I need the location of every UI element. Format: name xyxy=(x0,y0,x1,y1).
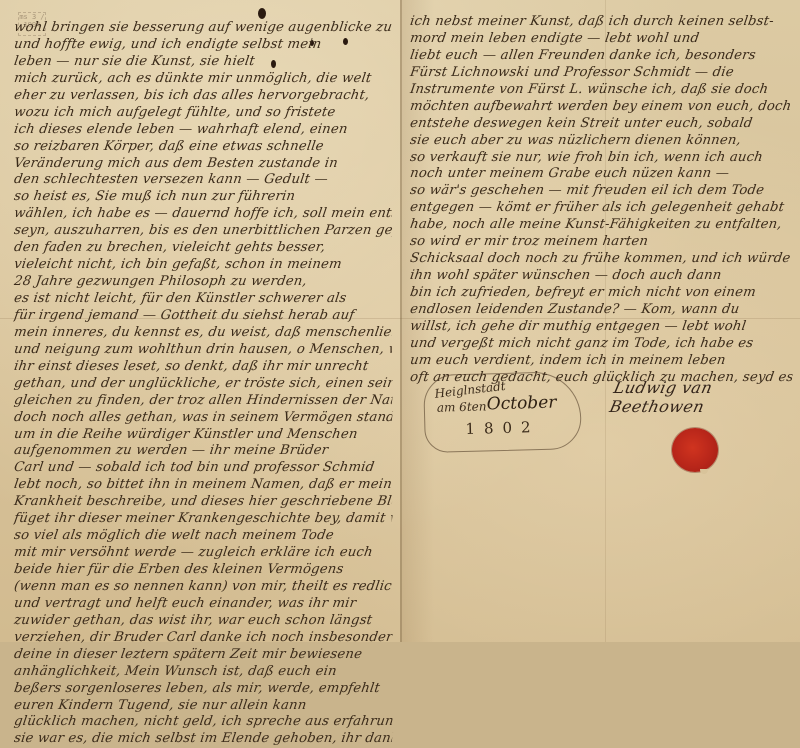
handwritten-line: für irgend jemand — Gottheit du siehst h… xyxy=(13,308,393,325)
handwritten-line: so reizbaren Körper, daß eine etwas schn… xyxy=(13,139,393,156)
handwritten-line: entstehe deswegen kein Streit unter euch… xyxy=(409,116,793,133)
vertical-crease xyxy=(605,0,606,642)
handwritten-line: aufgenommen zu werden — ihr meine Brüder xyxy=(13,443,393,460)
handwritten-line: den schlechtesten versezen kann — Gedult… xyxy=(13,172,393,189)
handwritten-line: Fürst Lichnowski und Professor Schmidt —… xyxy=(409,65,793,82)
handwritten-line: seyn, auszuharren, bis es den unerbittli… xyxy=(13,223,393,240)
handwritten-line: 28 Jahre gezwungen Philosoph zu werden, xyxy=(13,274,393,291)
handwritten-line: füget ihr dieser meiner Krankengeschicht… xyxy=(13,511,393,528)
dateline-year: 1802 xyxy=(465,418,540,438)
handwritten-line: Instrumente von Fürst L. wünsche ich, da… xyxy=(409,82,793,99)
handwritten-line: zuwider gethan, das wist ihr, war euch s… xyxy=(13,613,393,630)
handwritten-line: gleichen zu finden, der troz allen Hinde… xyxy=(13,393,393,410)
letter-sheet: ms 3 / 1994 wohl bringen sie besserung a… xyxy=(0,0,800,642)
left-page: ms 3 / 1994 wohl bringen sie besserung a… xyxy=(0,0,400,642)
right-page: ich nebst meiner Kunst, daß ich durch ke… xyxy=(402,0,800,642)
handwritten-line: so wär's geschehen — mit freuden eil ich… xyxy=(409,183,793,200)
handwritten-line: ich dieses elende leben — wahrhaft elend… xyxy=(13,122,393,139)
dateline-day: am 6ten xyxy=(437,399,487,414)
handwritten-line: gethan, und der unglückliche, er tröste … xyxy=(13,376,393,393)
right-page-text: ich nebst meiner Kunst, daß ich durch ke… xyxy=(410,14,792,387)
handwritten-line: wohl bringen sie besserung auf wenige au… xyxy=(13,20,393,37)
handwritten-line: wählen, ich habe es — dauernd hoffe ich,… xyxy=(13,206,393,223)
dateline-cartouche: Heiglnstadt am 6ten October 1802 xyxy=(423,371,582,453)
handwritten-line: endlosen leidenden Zustande? — Kom, wann… xyxy=(409,302,793,319)
handwritten-line: verziehen, dir Bruder Carl danke ich noc… xyxy=(13,630,393,642)
handwritten-line: so viel als möglich die welt nach meinem… xyxy=(13,528,393,545)
horizontal-crease xyxy=(0,318,800,319)
handwritten-line: lebt noch, so bittet ihn in meinem Namen… xyxy=(13,477,393,494)
handwritten-line: den faden zu brechen, vieleicht gehts be… xyxy=(13,240,393,257)
handwritten-line: um in die Reihe würdiger Künstler und Me… xyxy=(13,427,393,444)
handwritten-line: liebt euch — allen Freunden danke ich, b… xyxy=(409,48,793,65)
handwritten-line: willst, ich gehe dir muthig entgegen — l… xyxy=(409,319,793,336)
handwritten-line: (wenn man es so nennen kann) von mir, th… xyxy=(13,579,393,596)
handwritten-line: Veränderung mich aus dem Besten zustande… xyxy=(13,156,393,173)
handwritten-line: vieleicht nicht, ich bin gefaßt, schon i… xyxy=(13,257,393,274)
handwritten-line: doch noch alles gethan, was in seinem Ve… xyxy=(13,410,393,427)
handwritten-line: ihn wohl später wünschen — doch auch dan… xyxy=(409,268,793,285)
handwritten-line: und vertragt und helft euch einander, wa… xyxy=(13,596,393,613)
left-page-text: wohl bringen sie besserung auf wenige au… xyxy=(14,20,392,642)
handwritten-line: ich nebst meiner Kunst, daß ich durch ke… xyxy=(409,14,793,31)
handwritten-line: bin ich zufrieden, befreyt er mich nicht… xyxy=(409,285,793,302)
handwritten-line: noch unter meinem Grabe euch nüzen kann … xyxy=(409,166,793,183)
handwritten-line: sie euch aber zu was nüzlichern dienen k… xyxy=(409,133,793,150)
handwritten-line: möchten aufbewahrt werden bey einem von … xyxy=(409,99,793,116)
handwritten-line: mord mein leben endigte — lebt wohl und xyxy=(409,31,793,48)
handwritten-line: so heist es, Sie muß ich nun zur führeri… xyxy=(13,189,393,206)
handwritten-line: leben — nur sie die Kunst, sie hielt xyxy=(13,54,393,71)
red-wax-seal-icon xyxy=(672,428,718,472)
handwritten-line: entgegen — kömt er früher als ich gelege… xyxy=(409,200,793,217)
dateline-month: October xyxy=(487,393,557,415)
handwritten-line: Krankheit beschreibe, und dieses hier ge… xyxy=(13,494,393,511)
handwritten-line: Carl und — sobald ich tod bin und profes… xyxy=(13,460,393,477)
handwritten-line: mein inneres, du kennst es, du weist, da… xyxy=(13,325,393,342)
handwritten-line: Schicksaal doch noch zu frühe kommen, un… xyxy=(409,251,793,268)
handwritten-line: und vergeßt mich nicht ganz im Tode, ich… xyxy=(409,336,793,353)
handwritten-line: so wird er mir troz meinem harten xyxy=(409,234,793,251)
handwritten-line: wozu ich mich aufgelegt fühlte, und so f… xyxy=(13,105,393,122)
handwritten-line: es ist nicht leicht, für den Künstler sc… xyxy=(13,291,393,308)
handwritten-line: um euch verdient, indem ich in meinem le… xyxy=(409,353,793,370)
handwritten-line: so verkauft sie nur, wie froh bin ich, w… xyxy=(409,150,793,167)
ink-blot xyxy=(258,8,266,19)
handwritten-line: beide hier für die Erben des kleinen Ver… xyxy=(13,562,393,579)
signature: Ludwig van Beethowen xyxy=(608,378,800,416)
handwritten-line: mich zurück, ach es dünkte mir unmöglich… xyxy=(13,71,393,88)
handwritten-line: mit mir versöhnt werde — zugleich erklär… xyxy=(13,545,393,562)
handwritten-line: habe, noch alle meine Kunst-Fähigkeiten … xyxy=(409,217,793,234)
handwritten-line: ihr einst dieses leset, so denkt, daß ih… xyxy=(13,359,393,376)
handwritten-line: eher zu verlassen, bis ich das alles her… xyxy=(13,88,393,105)
handwritten-line: und hoffte ewig, und ich endigte selbst … xyxy=(13,37,393,54)
center-fold xyxy=(400,0,402,642)
handwritten-line: und neigung zum wohlthun drin hausen, o … xyxy=(13,342,393,359)
